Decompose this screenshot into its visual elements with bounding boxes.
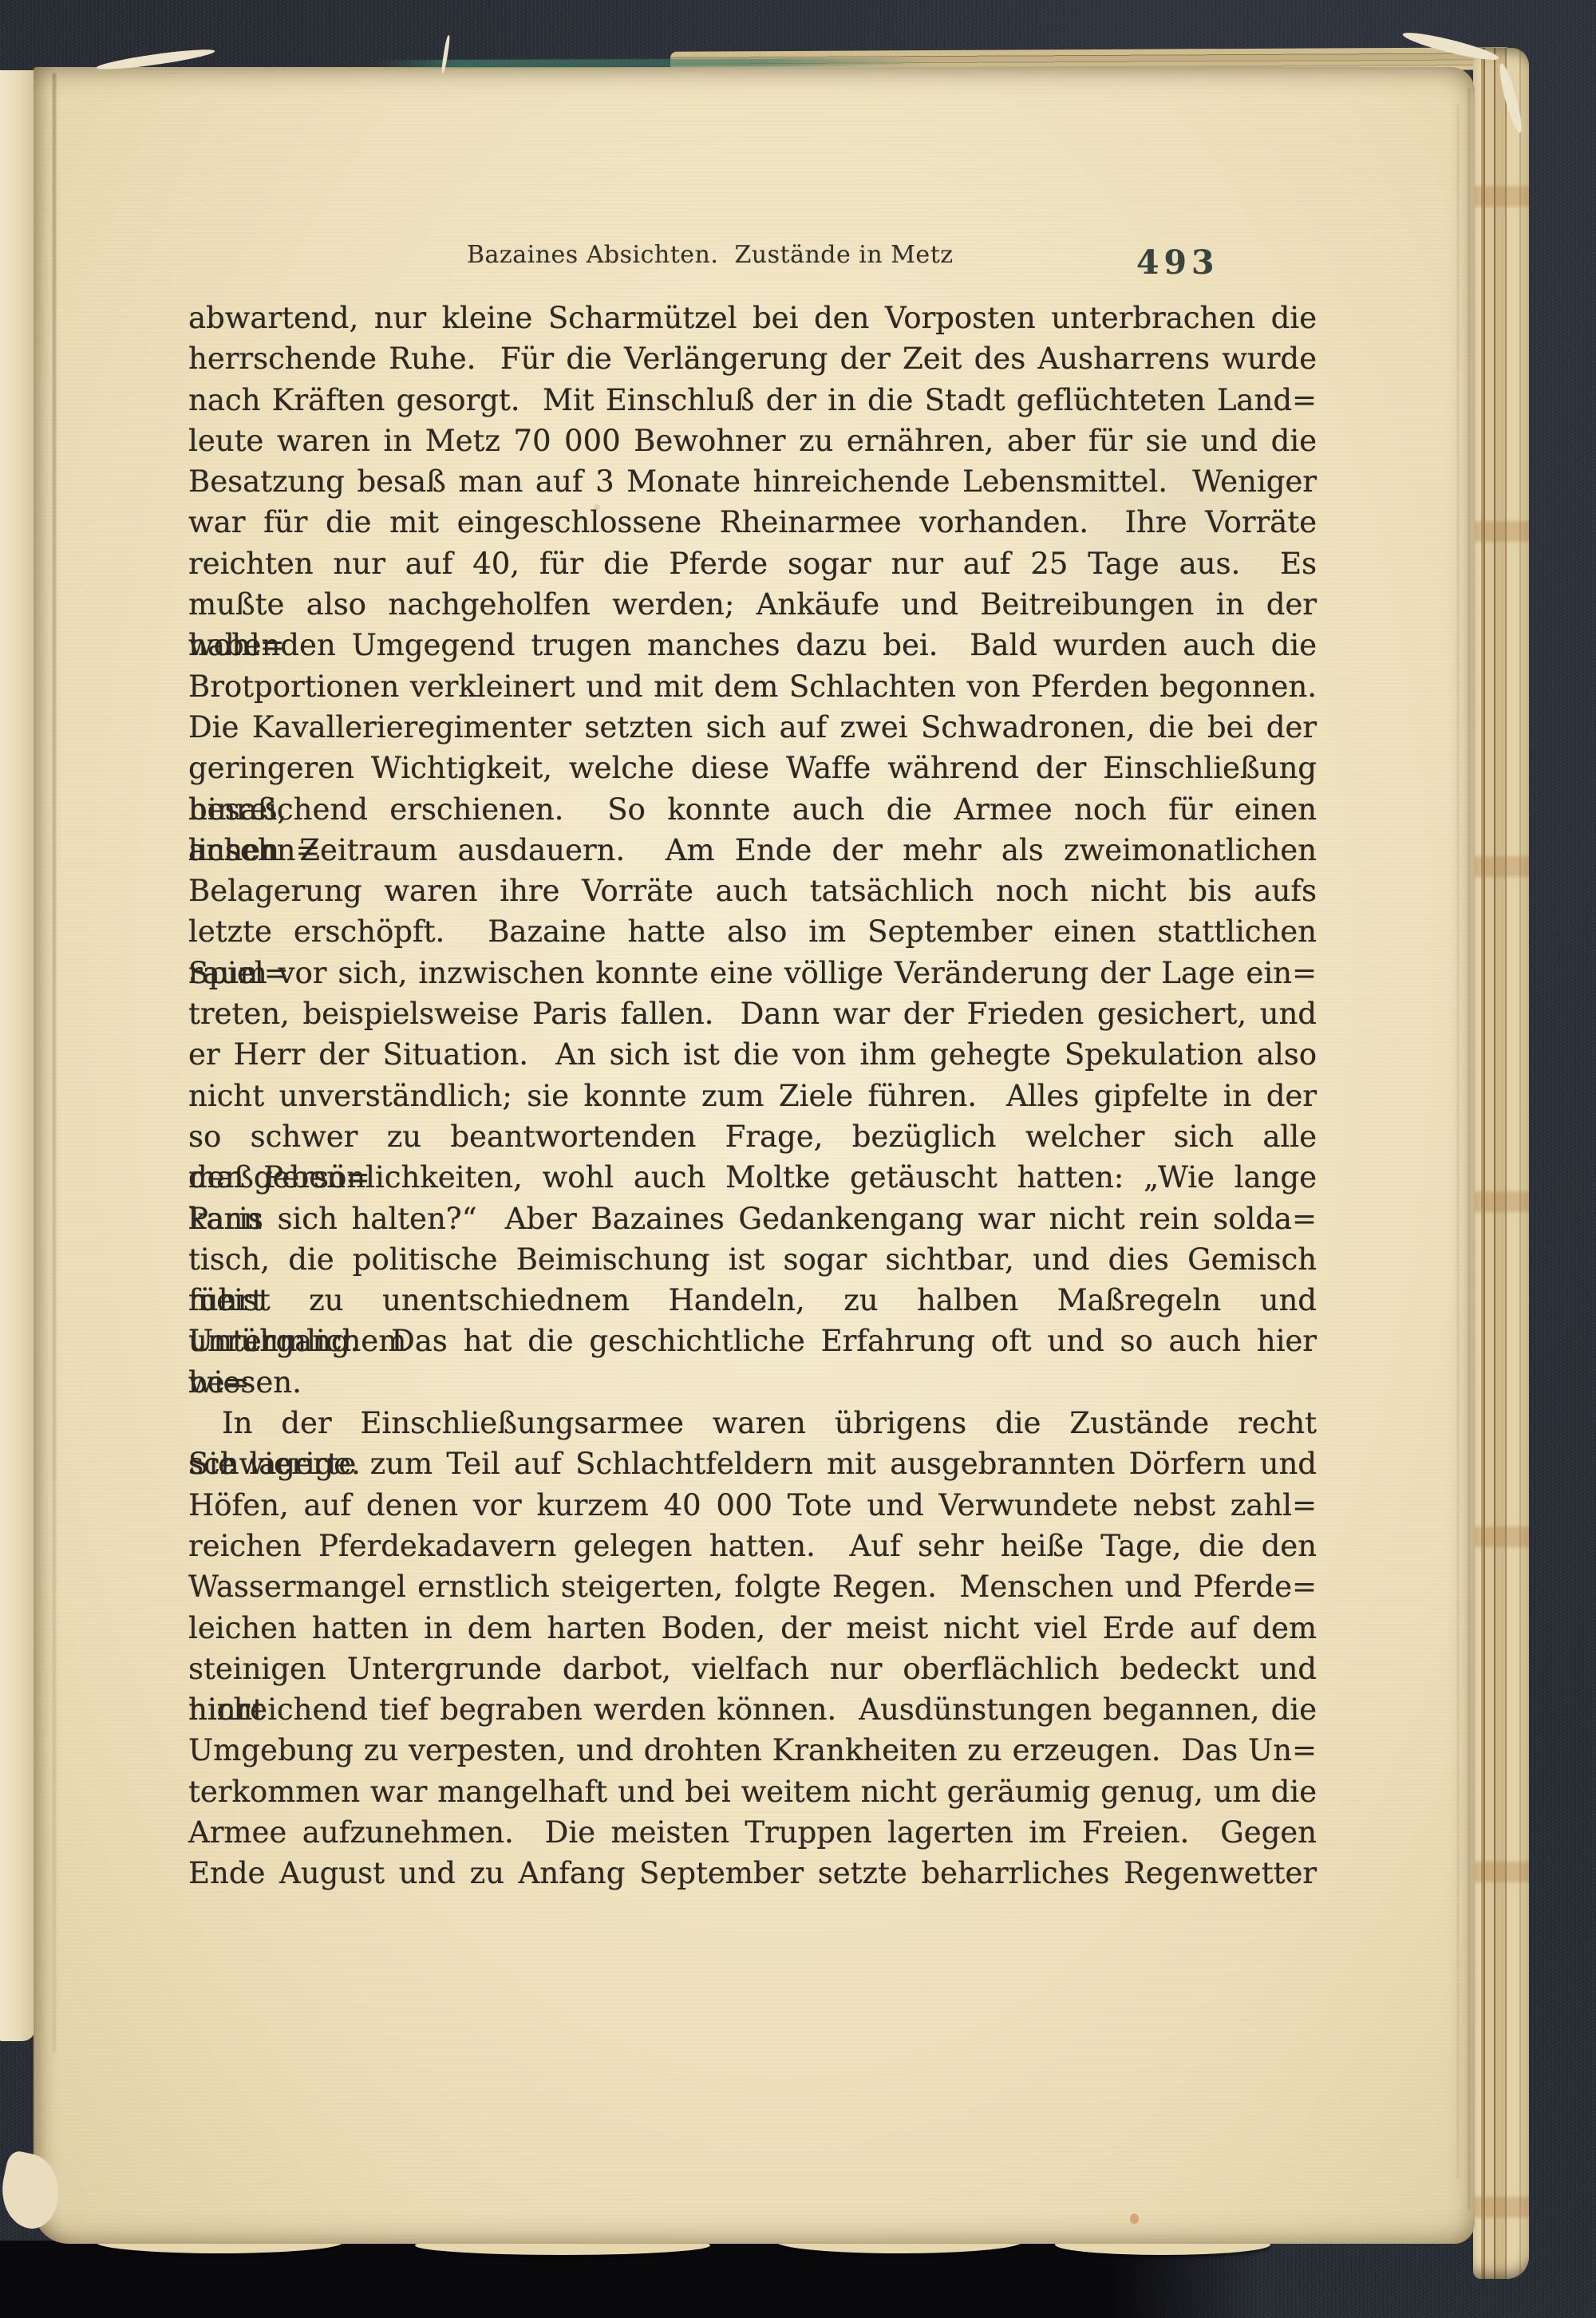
page-number: 493 bbox=[1136, 247, 1219, 279]
text-line: habenden Umgegend trugen manches dazu be… bbox=[188, 625, 1317, 665]
text-line: treten, beispielsweise Paris fallen. Dan… bbox=[188, 993, 1317, 1034]
text-line: raum vor sich, inzwischen konnte eine vö… bbox=[188, 953, 1317, 993]
running-header: Bazaines Absichten. Zustände in Metz bbox=[467, 241, 954, 270]
text-line: reichten nur auf 40, für die Pferde soga… bbox=[188, 543, 1317, 584]
text-line: tisch, die politische Beimischung ist so… bbox=[188, 1239, 1317, 1280]
text-line: hinreichend erschienen. So konnte auch d… bbox=[188, 789, 1317, 830]
text-line: abwartend, nur kleine Scharmützel bei de… bbox=[188, 298, 1317, 338]
text-line: so schwer zu beantwortenden Frage, bezüg… bbox=[188, 1116, 1317, 1157]
page-stack-right-edge bbox=[1473, 48, 1529, 2279]
right-edge-crease bbox=[1457, 104, 1459, 2178]
text-line: nicht unverständlich; sie konnte zum Zie… bbox=[188, 1076, 1317, 1116]
text-line: Armee aufzunehmen. Die meisten Truppen l… bbox=[188, 1812, 1317, 1853]
right-edge-crease bbox=[1468, 88, 1470, 2210]
text-line: mußte also nachgeholfen werden; Ankäufe … bbox=[188, 584, 1317, 625]
text-line: den Persönlichkeiten, wohl auch Moltke g… bbox=[188, 1157, 1317, 1198]
text-line: Belagerung waren ihre Vorräte auch tatsä… bbox=[188, 871, 1317, 911]
scanned-book-photo: Bazaines Absichten. Zustände in Metz 493… bbox=[0, 0, 1596, 2318]
text-line: Besatzung besaß man auf 3 Monate hinreic… bbox=[188, 461, 1317, 502]
text-line: geringeren Wichtigkeit, welche diese Waf… bbox=[188, 748, 1317, 788]
adjacent-page-edge bbox=[0, 70, 35, 2041]
text-line: er Herr der Situation. An sich ist die v… bbox=[188, 1034, 1317, 1075]
text-line: leute waren in Metz 70 000 Bewohner zu e… bbox=[188, 421, 1317, 461]
text-line: herrschende Ruhe. Für die Verlängerung d… bbox=[188, 338, 1317, 379]
text-line: nach Kräften gesorgt. Mit Einschluß der … bbox=[188, 380, 1317, 421]
text-line: hinreichend tief begraben werden können.… bbox=[188, 1689, 1317, 1730]
gutter-crease bbox=[53, 73, 56, 2052]
text-line: leichen hatten in dem harten Boden, der … bbox=[188, 1608, 1317, 1649]
text-line: war für die mit eingeschlossene Rheinarm… bbox=[188, 502, 1317, 543]
text-block: abwartend, nur kleine Scharmützel bei de… bbox=[188, 298, 1317, 1894]
text-line: Paris sich halten?“ Aber Bazaines Gedank… bbox=[188, 1198, 1317, 1239]
text-line: Ende August und zu Anfang September setz… bbox=[188, 1853, 1317, 1893]
text-line: meist zu unentschiednem Handeln, zu halb… bbox=[188, 1280, 1317, 1321]
foxing-stain bbox=[1130, 2213, 1139, 2224]
text-line: steinigen Untergrunde darbot, vielfach n… bbox=[188, 1649, 1317, 1689]
text-line: lichen Zeitraum ausdauern. Am Ende der m… bbox=[188, 830, 1317, 871]
text-line: Untergang. Das hat die geschichtliche Er… bbox=[188, 1321, 1317, 1361]
text-line: terkommen war mangelhaft und bei weitem … bbox=[188, 1771, 1317, 1812]
text-line: Höfen, auf denen vor kurzem 40 000 Tote … bbox=[188, 1485, 1317, 1526]
text-line: Umgebung zu verpesten, und drohten Krank… bbox=[188, 1730, 1317, 1771]
text-line: Brotportionen verkleinert und mit dem Sc… bbox=[188, 666, 1317, 707]
text-line: Sie lagerte zum Teil auf Schlachtfeldern… bbox=[188, 1443, 1317, 1484]
text-line: reichen Pferdekadavern gelegen hatten. A… bbox=[188, 1526, 1317, 1566]
text-line: letzte erschöpft. Bazaine hatte also im … bbox=[188, 911, 1317, 952]
text-line: wiesen. bbox=[188, 1362, 1317, 1403]
text-line: Wassermangel ernstlich steigerten, folgt… bbox=[188, 1566, 1317, 1607]
text-line: Die Kavallerieregimenter setzten sich au… bbox=[188, 707, 1317, 748]
text-line: In der Einschließungsarmee waren übrigen… bbox=[188, 1403, 1317, 1443]
